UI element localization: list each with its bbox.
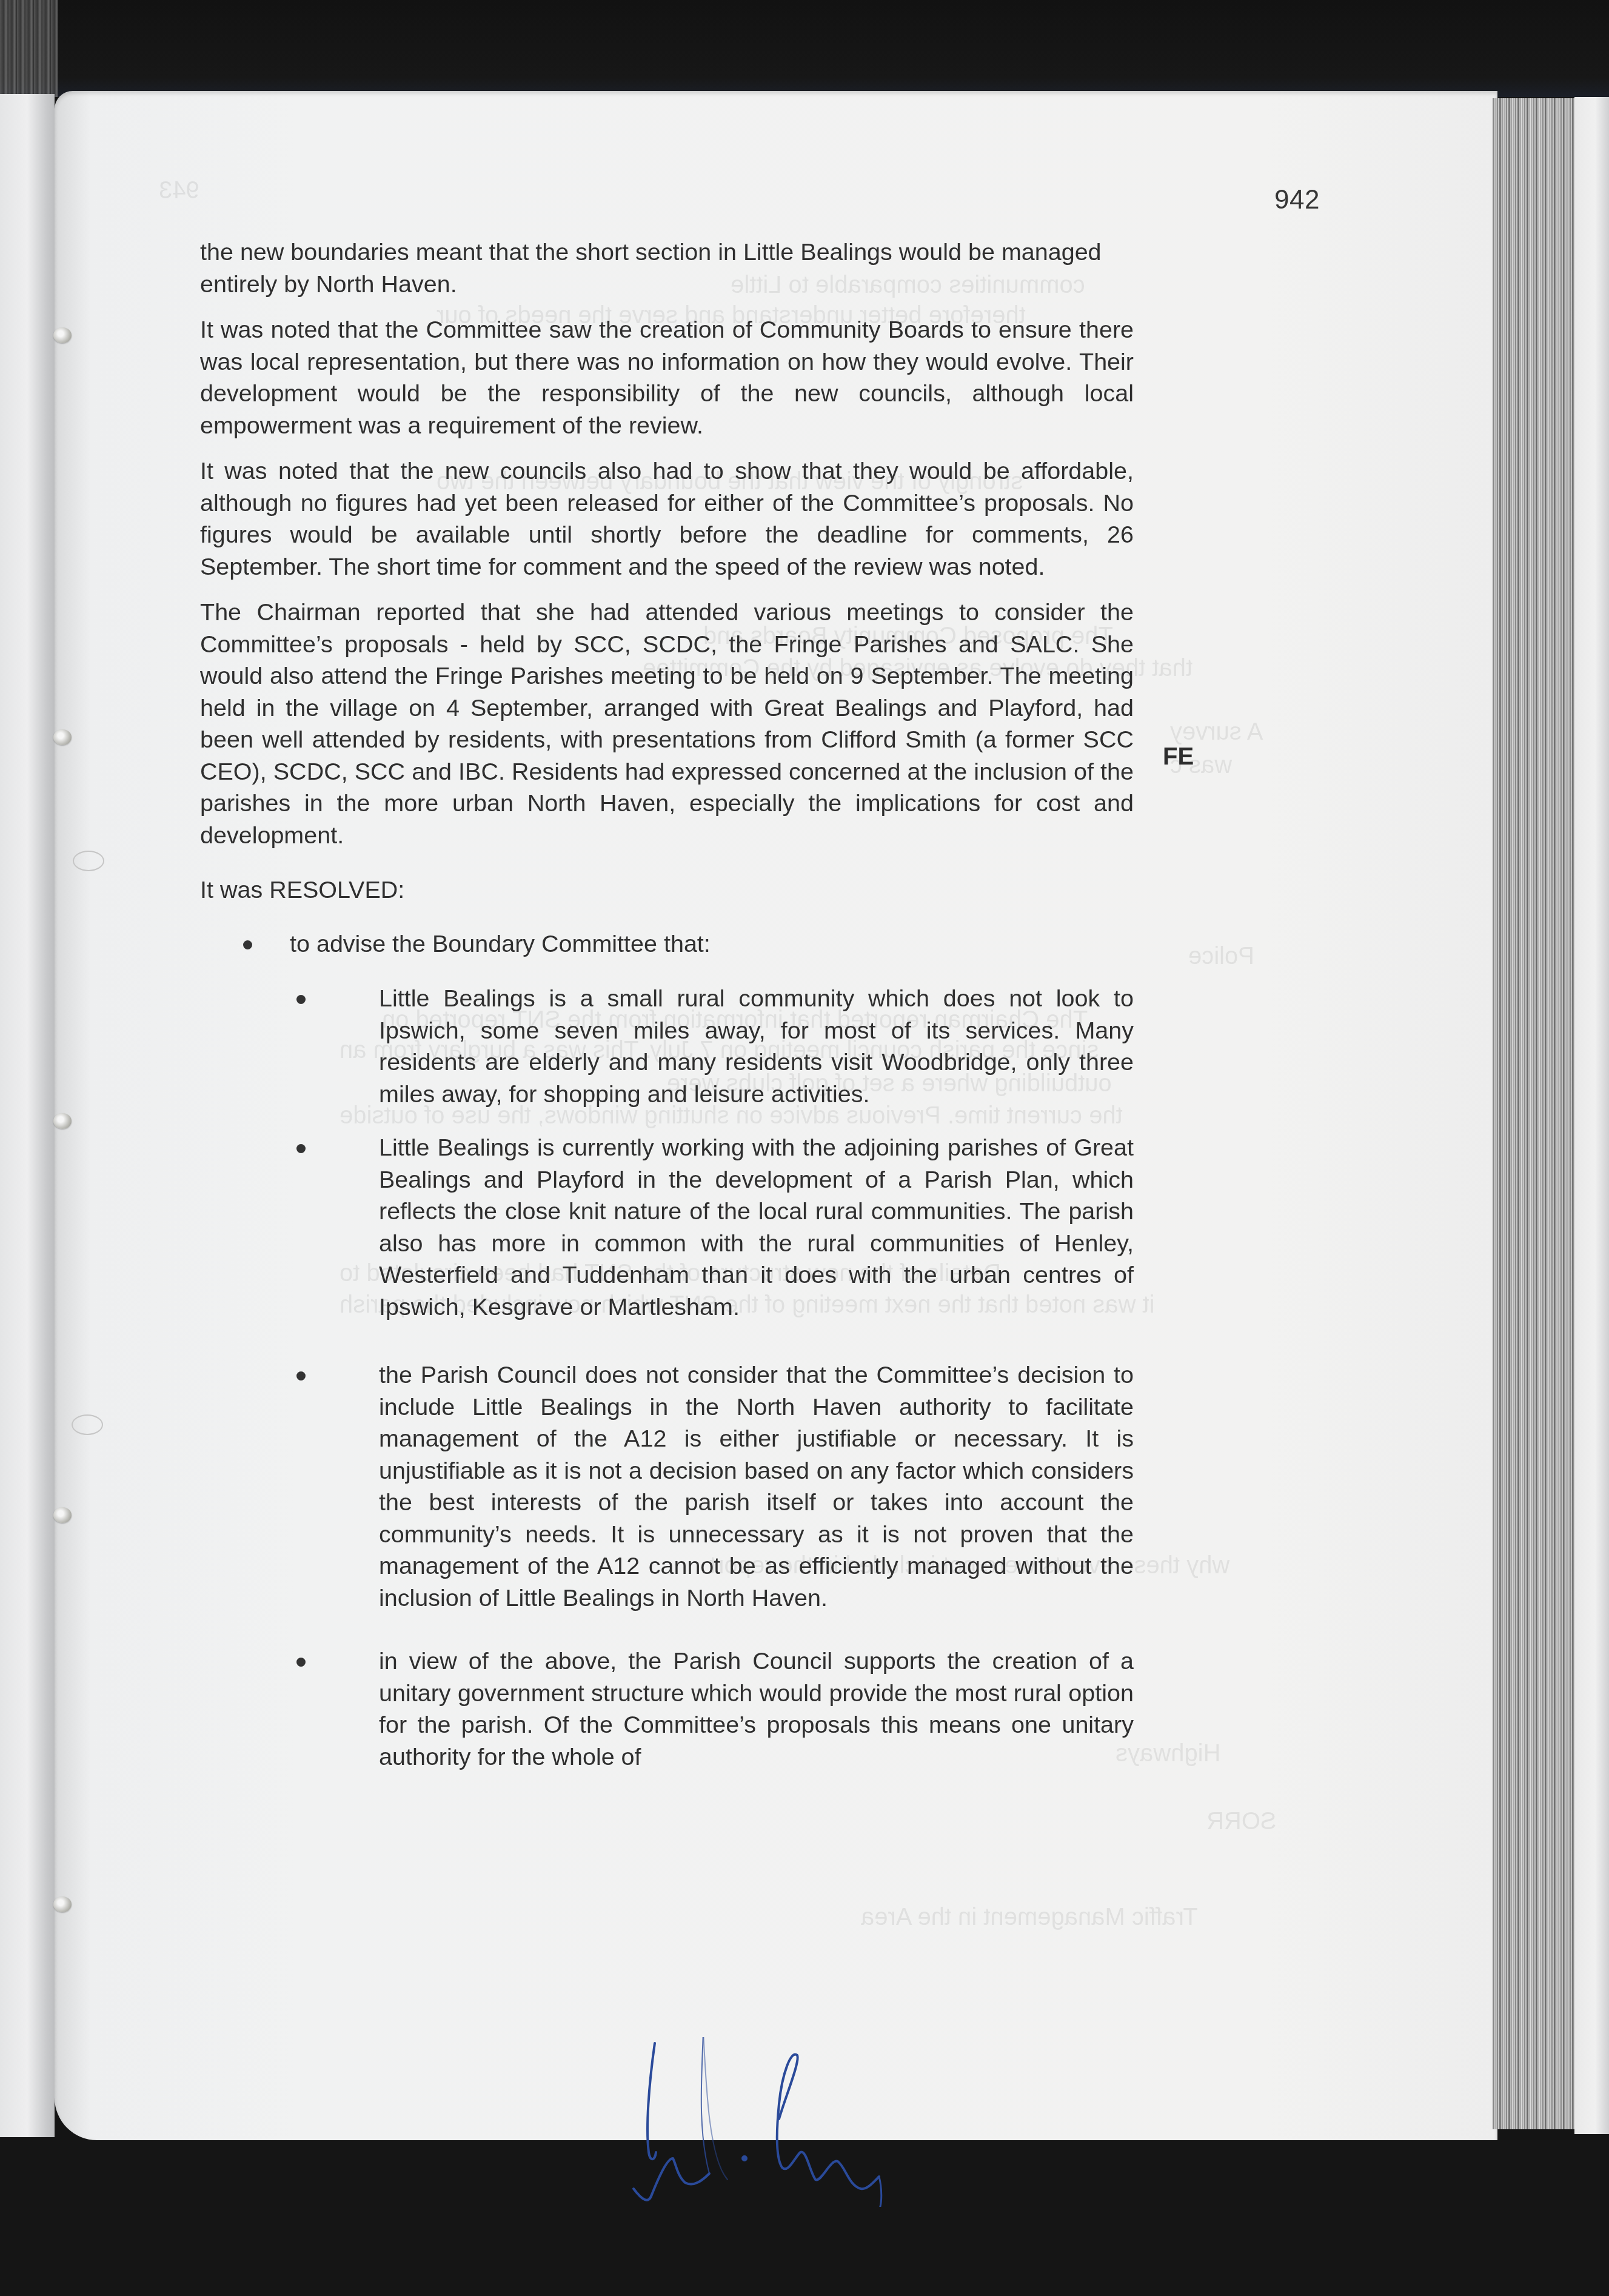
resolution-point-text: Little Bealings is a small rural communi… xyxy=(379,985,1134,1108)
previous-page-edge xyxy=(0,94,55,2137)
binder-ring-mark-2 xyxy=(72,1414,103,1435)
binder-hole-2 xyxy=(53,729,72,745)
binder-ring-mark xyxy=(73,851,104,871)
bullet-icon xyxy=(296,1371,306,1381)
page-number: 942 xyxy=(1274,185,1320,215)
minutes-body: the new boundaries meant that the short … xyxy=(200,236,1134,1795)
resolution-point-text: in view of the above, the Parish Council… xyxy=(379,1648,1134,1770)
page-stack-edges xyxy=(1493,98,1576,2129)
resolution-point: in view of the above, the Parish Council… xyxy=(379,1645,1134,1773)
binder-background-top xyxy=(0,0,1609,97)
resolution-point-text: the Parish Council does not consider tha… xyxy=(379,1362,1134,1612)
resolution-point: Little Bealings is currently working wit… xyxy=(379,1132,1134,1323)
binder-spine-strip xyxy=(0,0,58,97)
binder-hole-5 xyxy=(53,1896,72,1912)
resolution-point: the Parish Council does not consider tha… xyxy=(379,1359,1134,1614)
margin-action-initials: FE xyxy=(1163,743,1194,771)
bleed-through-line: Traffic Management in the Area xyxy=(861,1904,1198,1931)
bullet-icon xyxy=(243,940,252,949)
paragraph-boundaries: the new boundaries meant that the short … xyxy=(200,236,1134,300)
paragraph-community-boards: It was noted that the Committee saw the … xyxy=(200,314,1134,441)
bullet-icon xyxy=(296,1144,306,1153)
bleed-through-line: A survey xyxy=(1170,718,1263,746)
paragraph-affordability: It was noted that the new councils also … xyxy=(200,455,1134,583)
binder-hole-4 xyxy=(53,1507,72,1523)
bullet-icon xyxy=(296,995,306,1004)
resolution-point-text: Little Bealings is currently working wit… xyxy=(379,1134,1134,1320)
bleed-through-page-number: 943 xyxy=(159,177,199,204)
binder-hole-1 xyxy=(53,327,72,343)
bleed-through-line: Police xyxy=(1188,943,1254,970)
handwritten-signature xyxy=(612,2037,1206,2207)
back-cover-edge xyxy=(1574,97,1609,2134)
paragraph-chairman-report: The Chairman reported that she had atten… xyxy=(200,597,1134,851)
binder-hole-3 xyxy=(53,1113,72,1129)
bullet-icon xyxy=(296,1658,306,1667)
bleed-through-line: SORR xyxy=(1206,1808,1277,1835)
resolved-heading: It was RESOLVED: xyxy=(200,874,1134,906)
resolution-bullet: to advise the Boundary Committee that: xyxy=(290,928,1134,960)
resolution-point: Little Bealings is a small rural communi… xyxy=(379,983,1134,1110)
resolution-lead-text: to advise the Boundary Committee that: xyxy=(290,931,711,957)
